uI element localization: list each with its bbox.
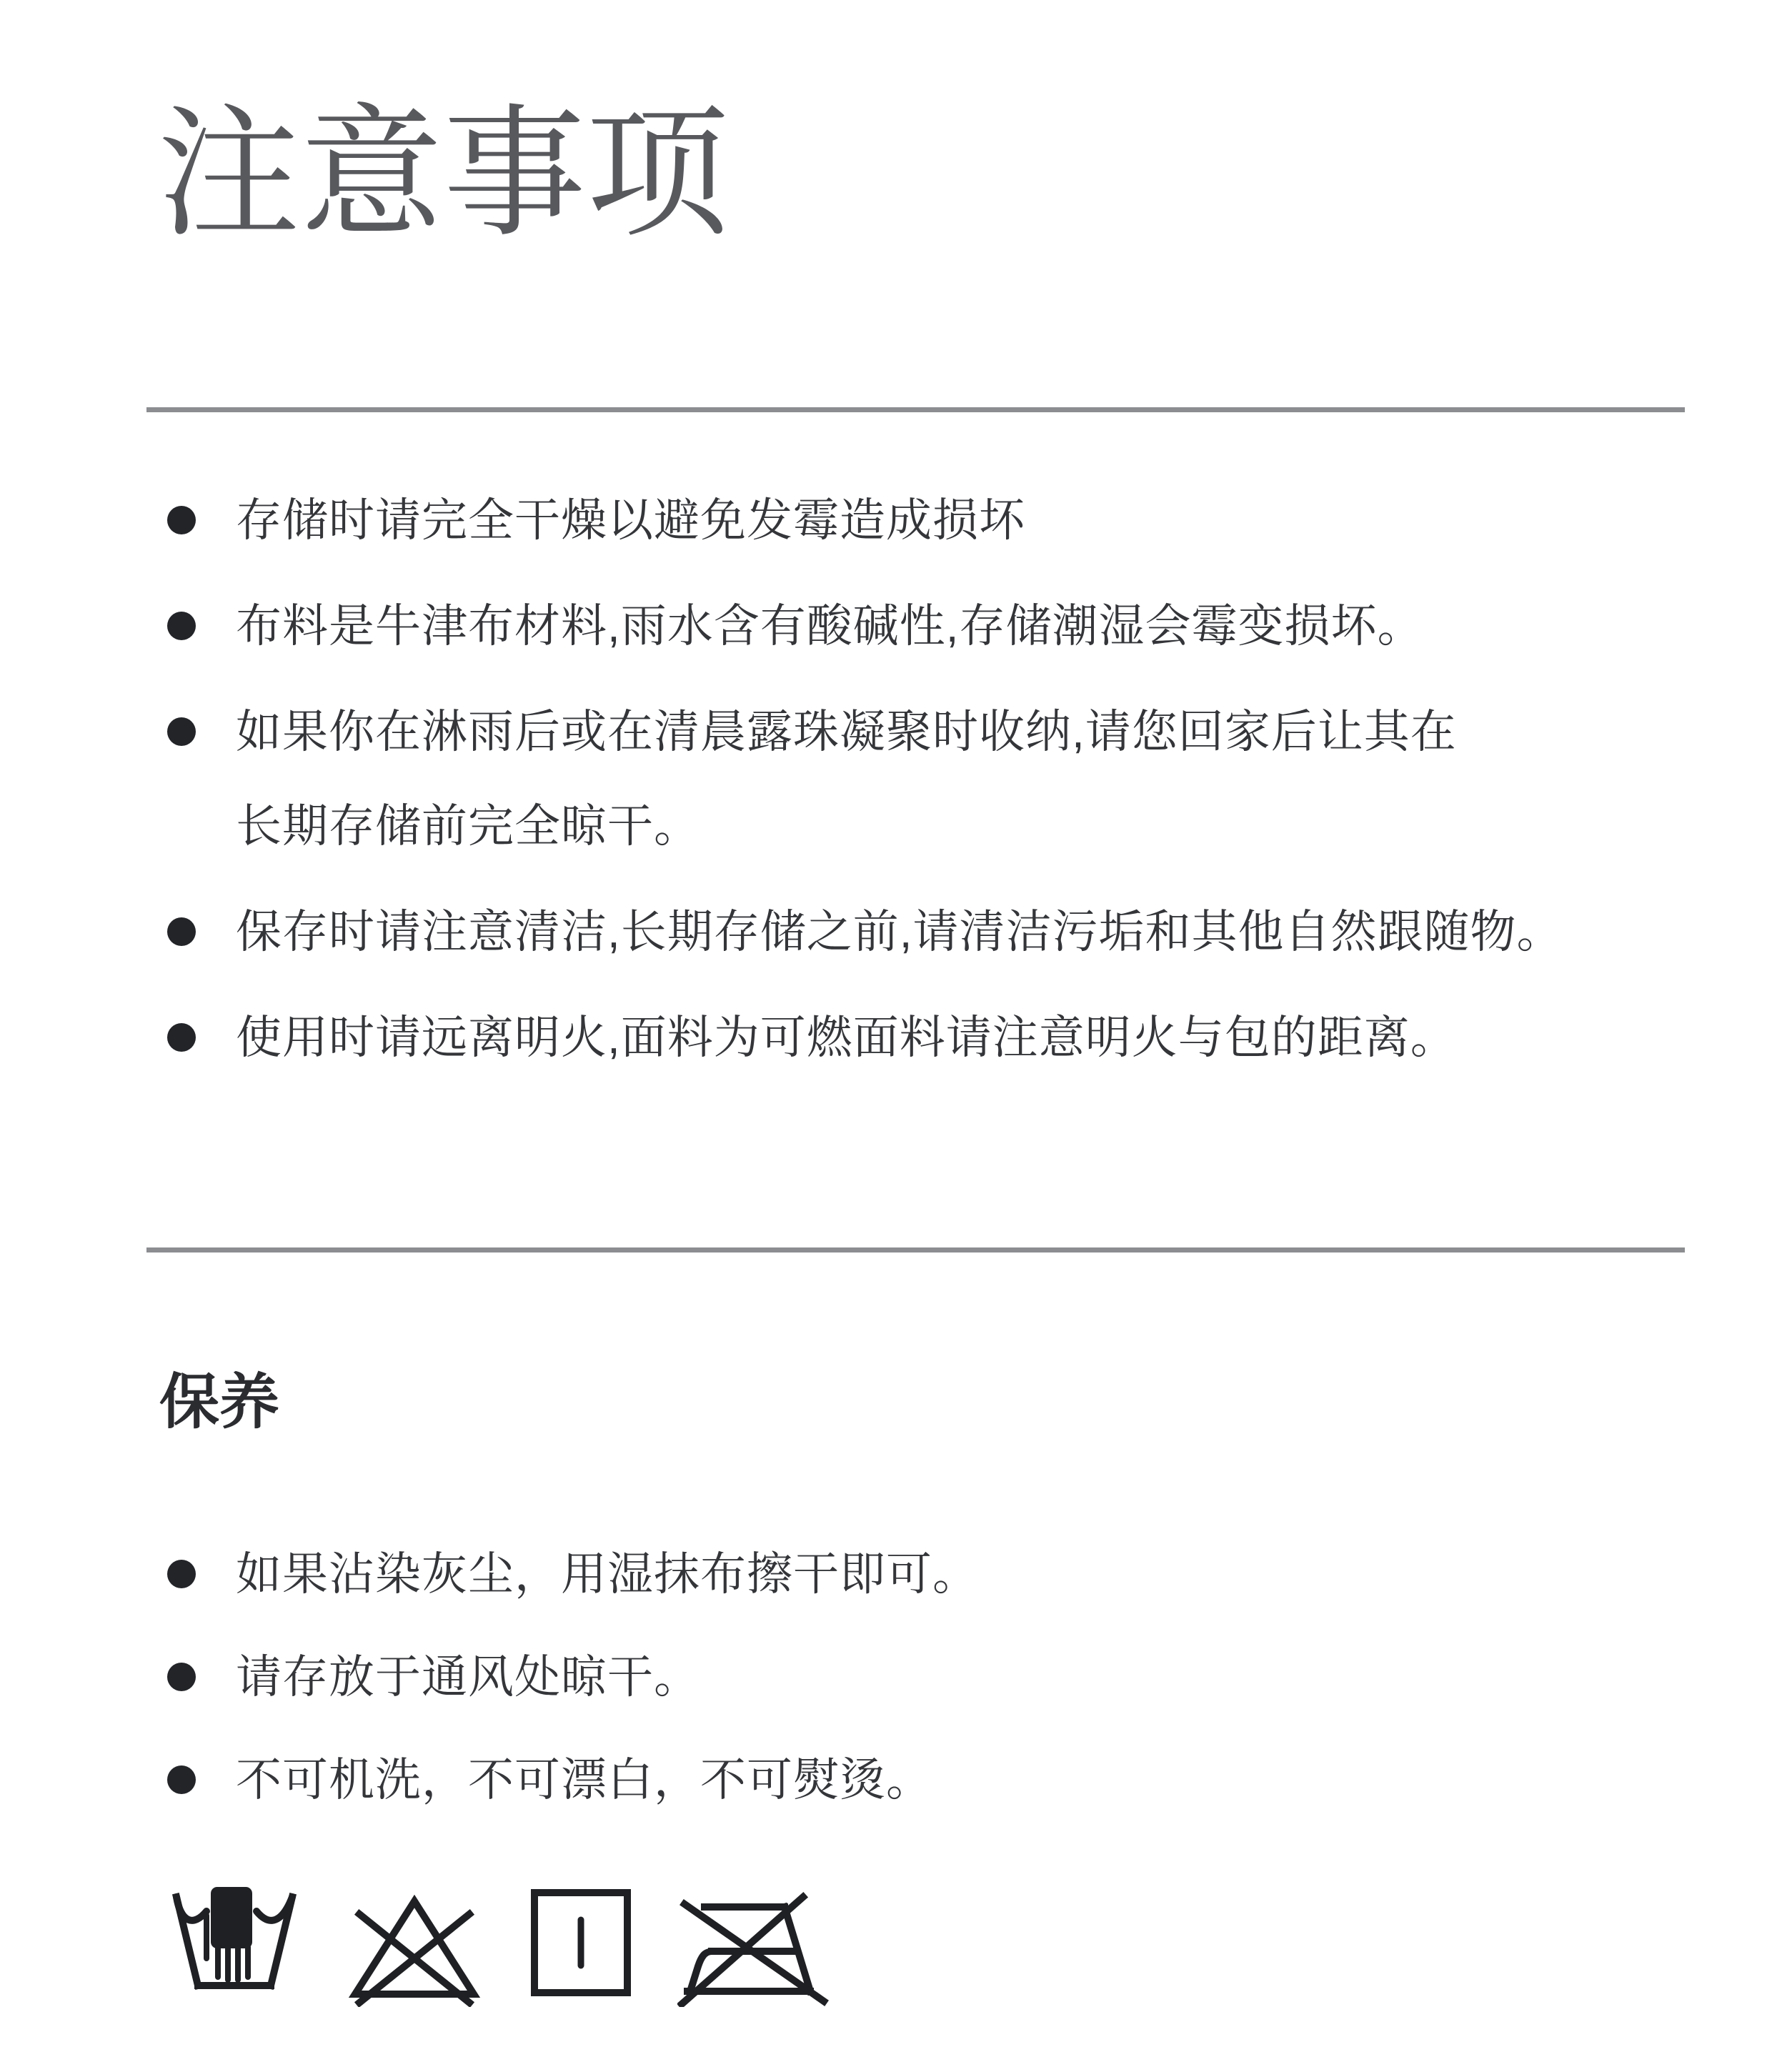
do-not-iron-icon (677, 1886, 830, 2007)
bullet-dot (167, 1023, 196, 1052)
care-instructions-page: 注意事项 存储时请完全干燥以避免发霉造成损坏 布料是牛津布材料,雨水含有酸碱性,… (0, 0, 1772, 2072)
list-item: 如果你在淋雨后或在清晨露珠凝聚时收纳,请您回家后让其在 长期存储前完全晾干。 (167, 684, 1685, 873)
bullet-text: 保存时请注意清洁,长期存储之前,请清洁污垢和其他自然跟随物。 (236, 885, 1563, 979)
drip-dry-icon (527, 1886, 634, 2000)
bullet-text: 请存放于通风处晾干。 (236, 1630, 700, 1724)
bullet-text: 布料是牛津布材料,雨水含有酸碱性,存储潮湿会霉变损坏。 (236, 579, 1424, 673)
list-item: 保存时请注意清洁,长期存储之前,请清洁污垢和其他自然跟随物。 (167, 885, 1685, 979)
list-item: 不可机洗，不可漂白，不可熨烫。 (167, 1733, 1685, 1827)
list-item: 布料是牛津布材料,雨水含有酸碱性,存储潮湿会霉变损坏。 (167, 579, 1685, 673)
care-section-title: 保养 (159, 1363, 1685, 1441)
bullet-text: 不可机洗，不可漂白，不可熨烫。 (236, 1733, 932, 1827)
list-item: 请存放于通风处晾干。 (167, 1630, 1685, 1724)
bullet-dot (167, 1560, 196, 1588)
divider-middle (146, 1247, 1685, 1252)
bullet-text: 存储时请完全干燥以避免发霉造成损坏 (236, 473, 1025, 567)
bullet-dot (167, 1663, 196, 1691)
bullet-dot (167, 717, 196, 746)
bullet-dot (167, 506, 196, 534)
list-item: 使用时请远离明火,面料为可燃面料请注意明火与包的距离。 (167, 990, 1685, 1085)
list-item: 存储时请完全干燥以避免发霉造成损坏 (167, 473, 1685, 567)
bullet-dot (167, 1765, 196, 1794)
page-title: 注意事项 (157, 84, 1685, 267)
do-not-bleach-icon (345, 1886, 484, 2007)
hand-wash-icon (166, 1886, 302, 2007)
divider-top (146, 407, 1685, 412)
bullet-dot (167, 612, 196, 640)
precautions-list: 存储时请完全干燥以避免发霉造成损坏 布料是牛津布材料,雨水含有酸碱性,存储潮湿会… (146, 473, 1685, 1085)
care-list: 如果沾染灰尘，用湿抹布擦干即可。 请存放于通风处晾干。 不可机洗，不可漂白，不可… (146, 1527, 1685, 1827)
list-item: 如果沾染灰尘，用湿抹布擦干即可。 (167, 1527, 1685, 1621)
bullet-text: 如果你在淋雨后或在清晨露珠凝聚时收纳,请您回家后让其在 长期存储前完全晾干。 (236, 684, 1457, 873)
bullet-text: 如果沾染灰尘，用湿抹布擦干即可。 (236, 1527, 979, 1621)
laundry-symbols-row (166, 1886, 1685, 2007)
bullet-text: 使用时请远离明火,面料为可燃面料请注意明火与包的距离。 (236, 990, 1457, 1085)
bullet-dot (167, 917, 196, 946)
